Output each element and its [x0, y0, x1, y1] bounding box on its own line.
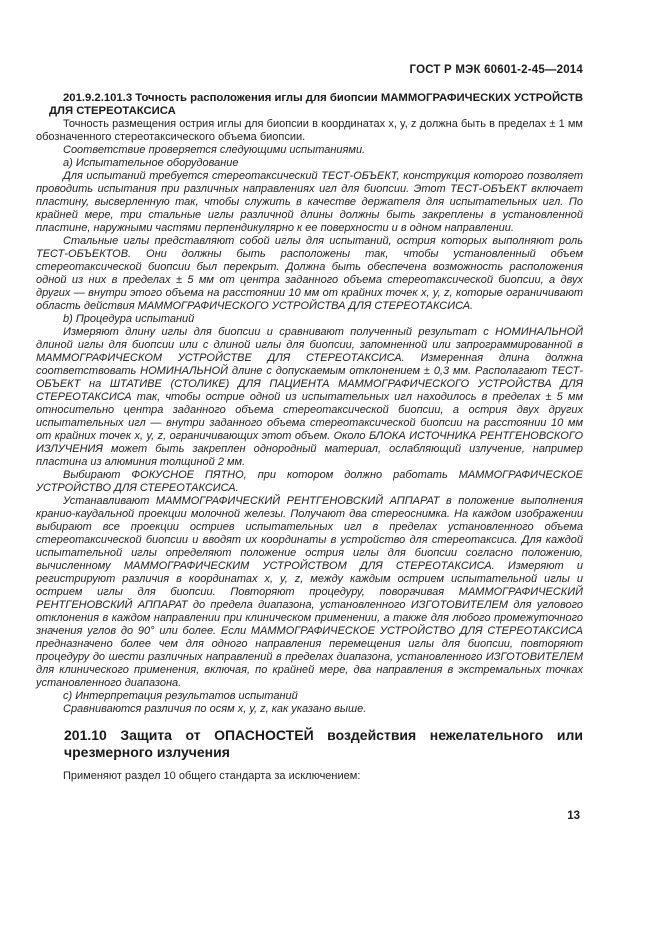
- test-equipment-paragraph-2: Стальные иглы представляют собой иглы дл…: [36, 235, 583, 313]
- test-equipment-paragraph-1: Для испытаний требуется стереотаксически…: [36, 170, 583, 235]
- subclause-heading-201-9-2-101-3: 201.9.2.101.3 Точность расположения иглы…: [49, 92, 583, 118]
- test-procedure-paragraph-2: Выбирают ФОКУСНОЕ ПЯТНО, при котором дол…: [36, 469, 583, 495]
- test-procedure-paragraph-1: Измеряют длину иглы для биопсии и сравни…: [36, 326, 583, 469]
- clause-intro-paragraph: Применяют раздел 10 общего стандарта за …: [36, 770, 583, 783]
- section-radiation-protection: 201.10 Защита от ОПАСНОСТЕЙ воздействия …: [36, 727, 583, 783]
- list-item-b-test-procedure: b) Процедура испытаний: [36, 313, 583, 326]
- clause-heading-201-10: 201.10 Защита от ОПАСНОСТЕЙ воздействия …: [64, 727, 583, 760]
- compliance-statement: Соответствие проверяется следующими испы…: [36, 144, 583, 157]
- list-item-c-interpretation: c) Интерпретация результатов испытаний: [36, 690, 583, 703]
- page-number: 13: [36, 810, 583, 822]
- test-procedure-paragraph-3: Устанавливают МАММОГРАФИЧЕСКИЙ РЕНТГЕНОВ…: [36, 495, 583, 690]
- list-item-a-test-equipment: a) Испытательное оборудование: [36, 157, 583, 170]
- running-header: ГОСТ Р МЭК 60601-2-45—2014: [36, 64, 583, 77]
- requirement-paragraph: Точность размещения острия иглы для биоп…: [36, 118, 583, 144]
- section-needle-placement-accuracy: 201.9.2.101.3 Точность расположения иглы…: [36, 92, 583, 716]
- interpretation-paragraph: Сравниваются различия по осям x, y, z, к…: [36, 703, 583, 716]
- gost-standard-page: ГОСТ Р МЭК 60601-2-45—2014 201.9.2.101.3…: [0, 0, 661, 935]
